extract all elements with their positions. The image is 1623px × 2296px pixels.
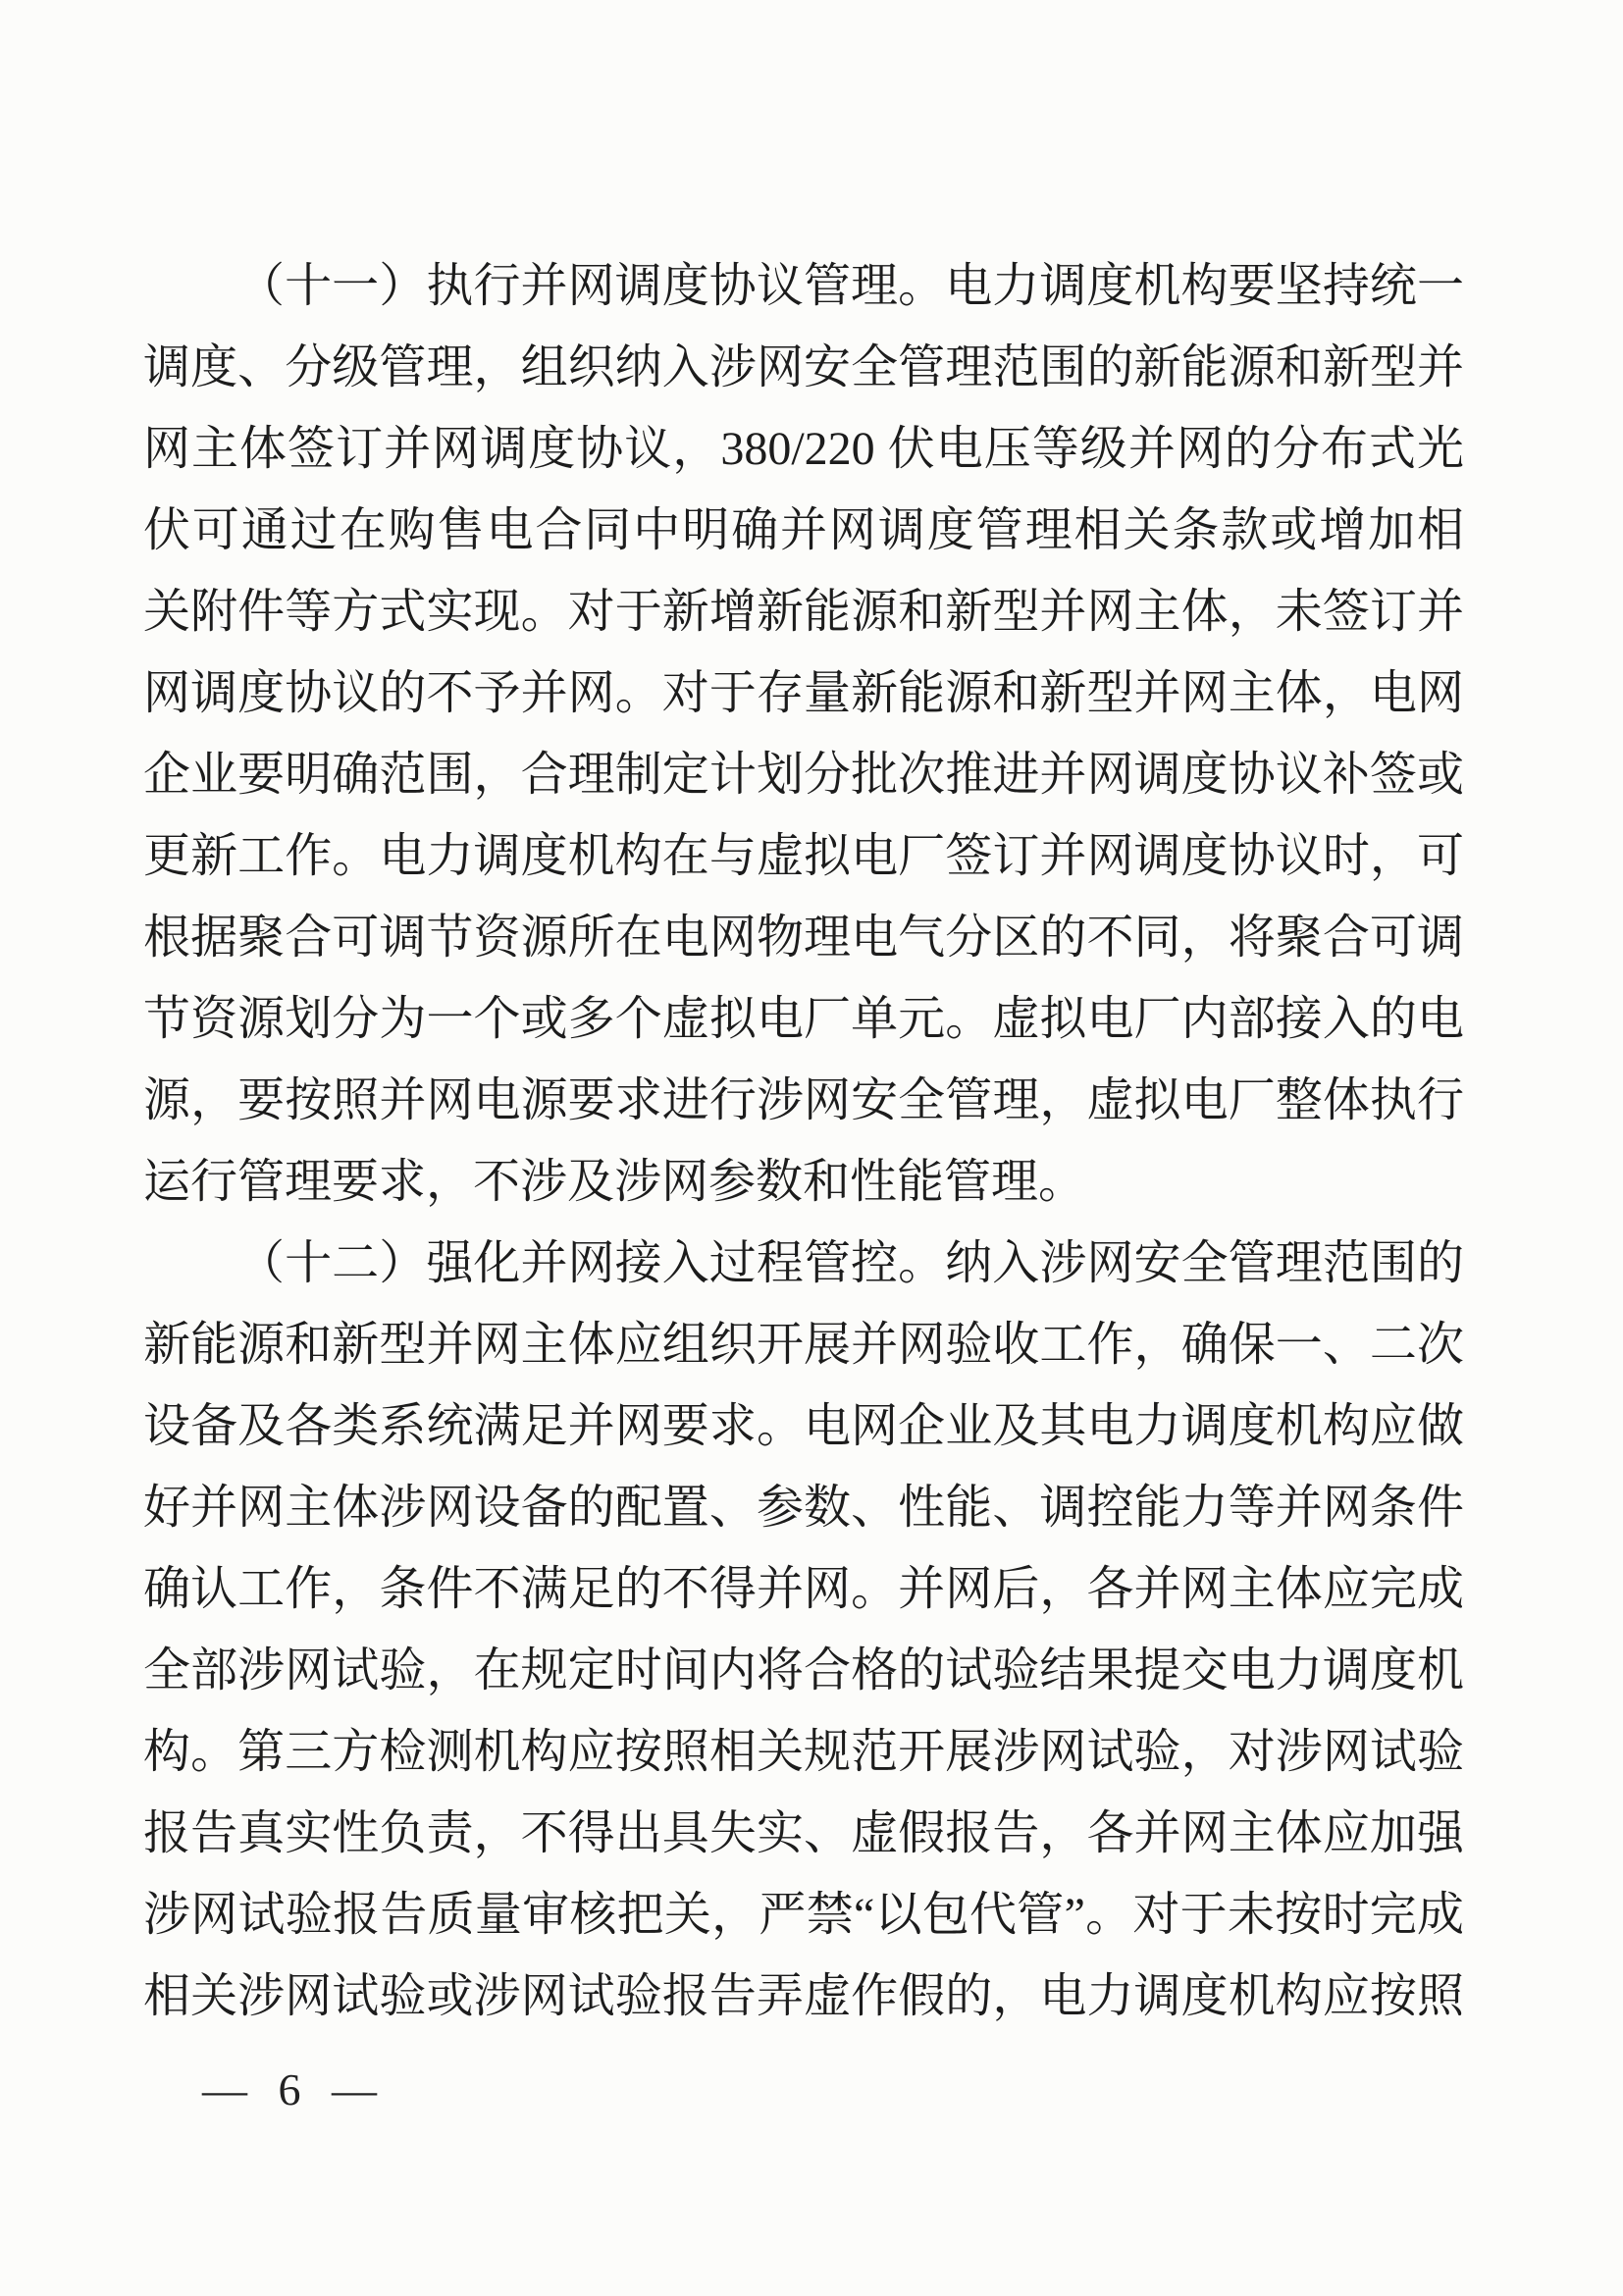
- text-line: 节资源划分为一个或多个虚拟电厂单元。虚拟电厂内部接入的电: [143, 978, 1464, 1060]
- text-line: 更新工作。电力调度机构在与虚拟电厂签订并网调度协议时，可: [143, 815, 1464, 897]
- text-line: 运行管理要求，不涉及涉网参数和性能管理。: [143, 1141, 1464, 1223]
- text-line: 全部涉网试验，在规定时间内将合格的试验结果提交电力调度机: [143, 1630, 1464, 1711]
- text-line: 好并网主体涉网设备的配置、参数、性能、调控能力等并网条件: [143, 1467, 1464, 1548]
- scanned-document-page: （十一）执行并网调度协议管理。电力调度机构要坚持统一 调度、分级管理，组织纳入涉…: [0, 0, 1623, 2296]
- text-line: 调度、分级管理，组织纳入涉网安全管理范围的新能源和新型并: [143, 327, 1464, 408]
- text-line: 源，要按照并网电源要求进行涉网安全管理，虚拟电厂整体执行: [143, 1060, 1464, 1141]
- text-line: 网调度协议的不予并网。对于存量新能源和新型并网主体，电网: [143, 652, 1464, 734]
- text-line: （十一）执行并网调度协议管理。电力调度机构要坚持统一: [143, 245, 1464, 327]
- page-number: — 6 —: [202, 2061, 387, 2119]
- text-line: 关附件等方式实现。对于新增新能源和新型并网主体，未签订并: [143, 571, 1464, 652]
- paragraph-section-12: （十二）强化并网接入过程管控。纳入涉网安全管理范围的 新能源和新型并网主体应组织…: [143, 1223, 1464, 2037]
- text-line: 相关涉网试验或涉网试验报告弄虚作假的，电力调度机构应按照: [143, 1956, 1464, 2037]
- text-line: 企业要明确范围，合理制定计划分批次推进并网调度协议补签或: [143, 734, 1464, 815]
- text-line: 设备及各类系统满足并网要求。电网企业及其电力调度机构应做: [143, 1385, 1464, 1467]
- text-line: 新能源和新型并网主体应组织开展并网验收工作，确保一、二次: [143, 1304, 1464, 1385]
- text-line: 确认工作，条件不满足的不得并网。并网后，各并网主体应完成: [143, 1548, 1464, 1630]
- text-line: 网主体签订并网调度协议，380/220 伏电压等级并网的分布式光: [143, 408, 1464, 490]
- text-line: 构。第三方检测机构应按照相关规范开展涉网试验，对涉网试验: [143, 1711, 1464, 1793]
- document-body: （十一）执行并网调度协议管理。电力调度机构要坚持统一 调度、分级管理，组织纳入涉…: [143, 245, 1464, 2037]
- text-line: 根据聚合可调节资源所在电网物理电气分区的不同，将聚合可调: [143, 897, 1464, 978]
- text-line: 伏可通过在购售电合同中明确并网调度管理相关条款或增加相: [143, 490, 1464, 571]
- text-line: （十二）强化并网接入过程管控。纳入涉网安全管理范围的: [143, 1223, 1464, 1304]
- paragraph-section-11: （十一）执行并网调度协议管理。电力调度机构要坚持统一 调度、分级管理，组织纳入涉…: [143, 245, 1464, 1223]
- text-line: 涉网试验报告质量审核把关，严禁“以包代管”。对于未按时完成: [143, 1874, 1464, 1956]
- text-line: 报告真实性负责，不得出具失实、虚假报告，各并网主体应加强: [143, 1793, 1464, 1874]
